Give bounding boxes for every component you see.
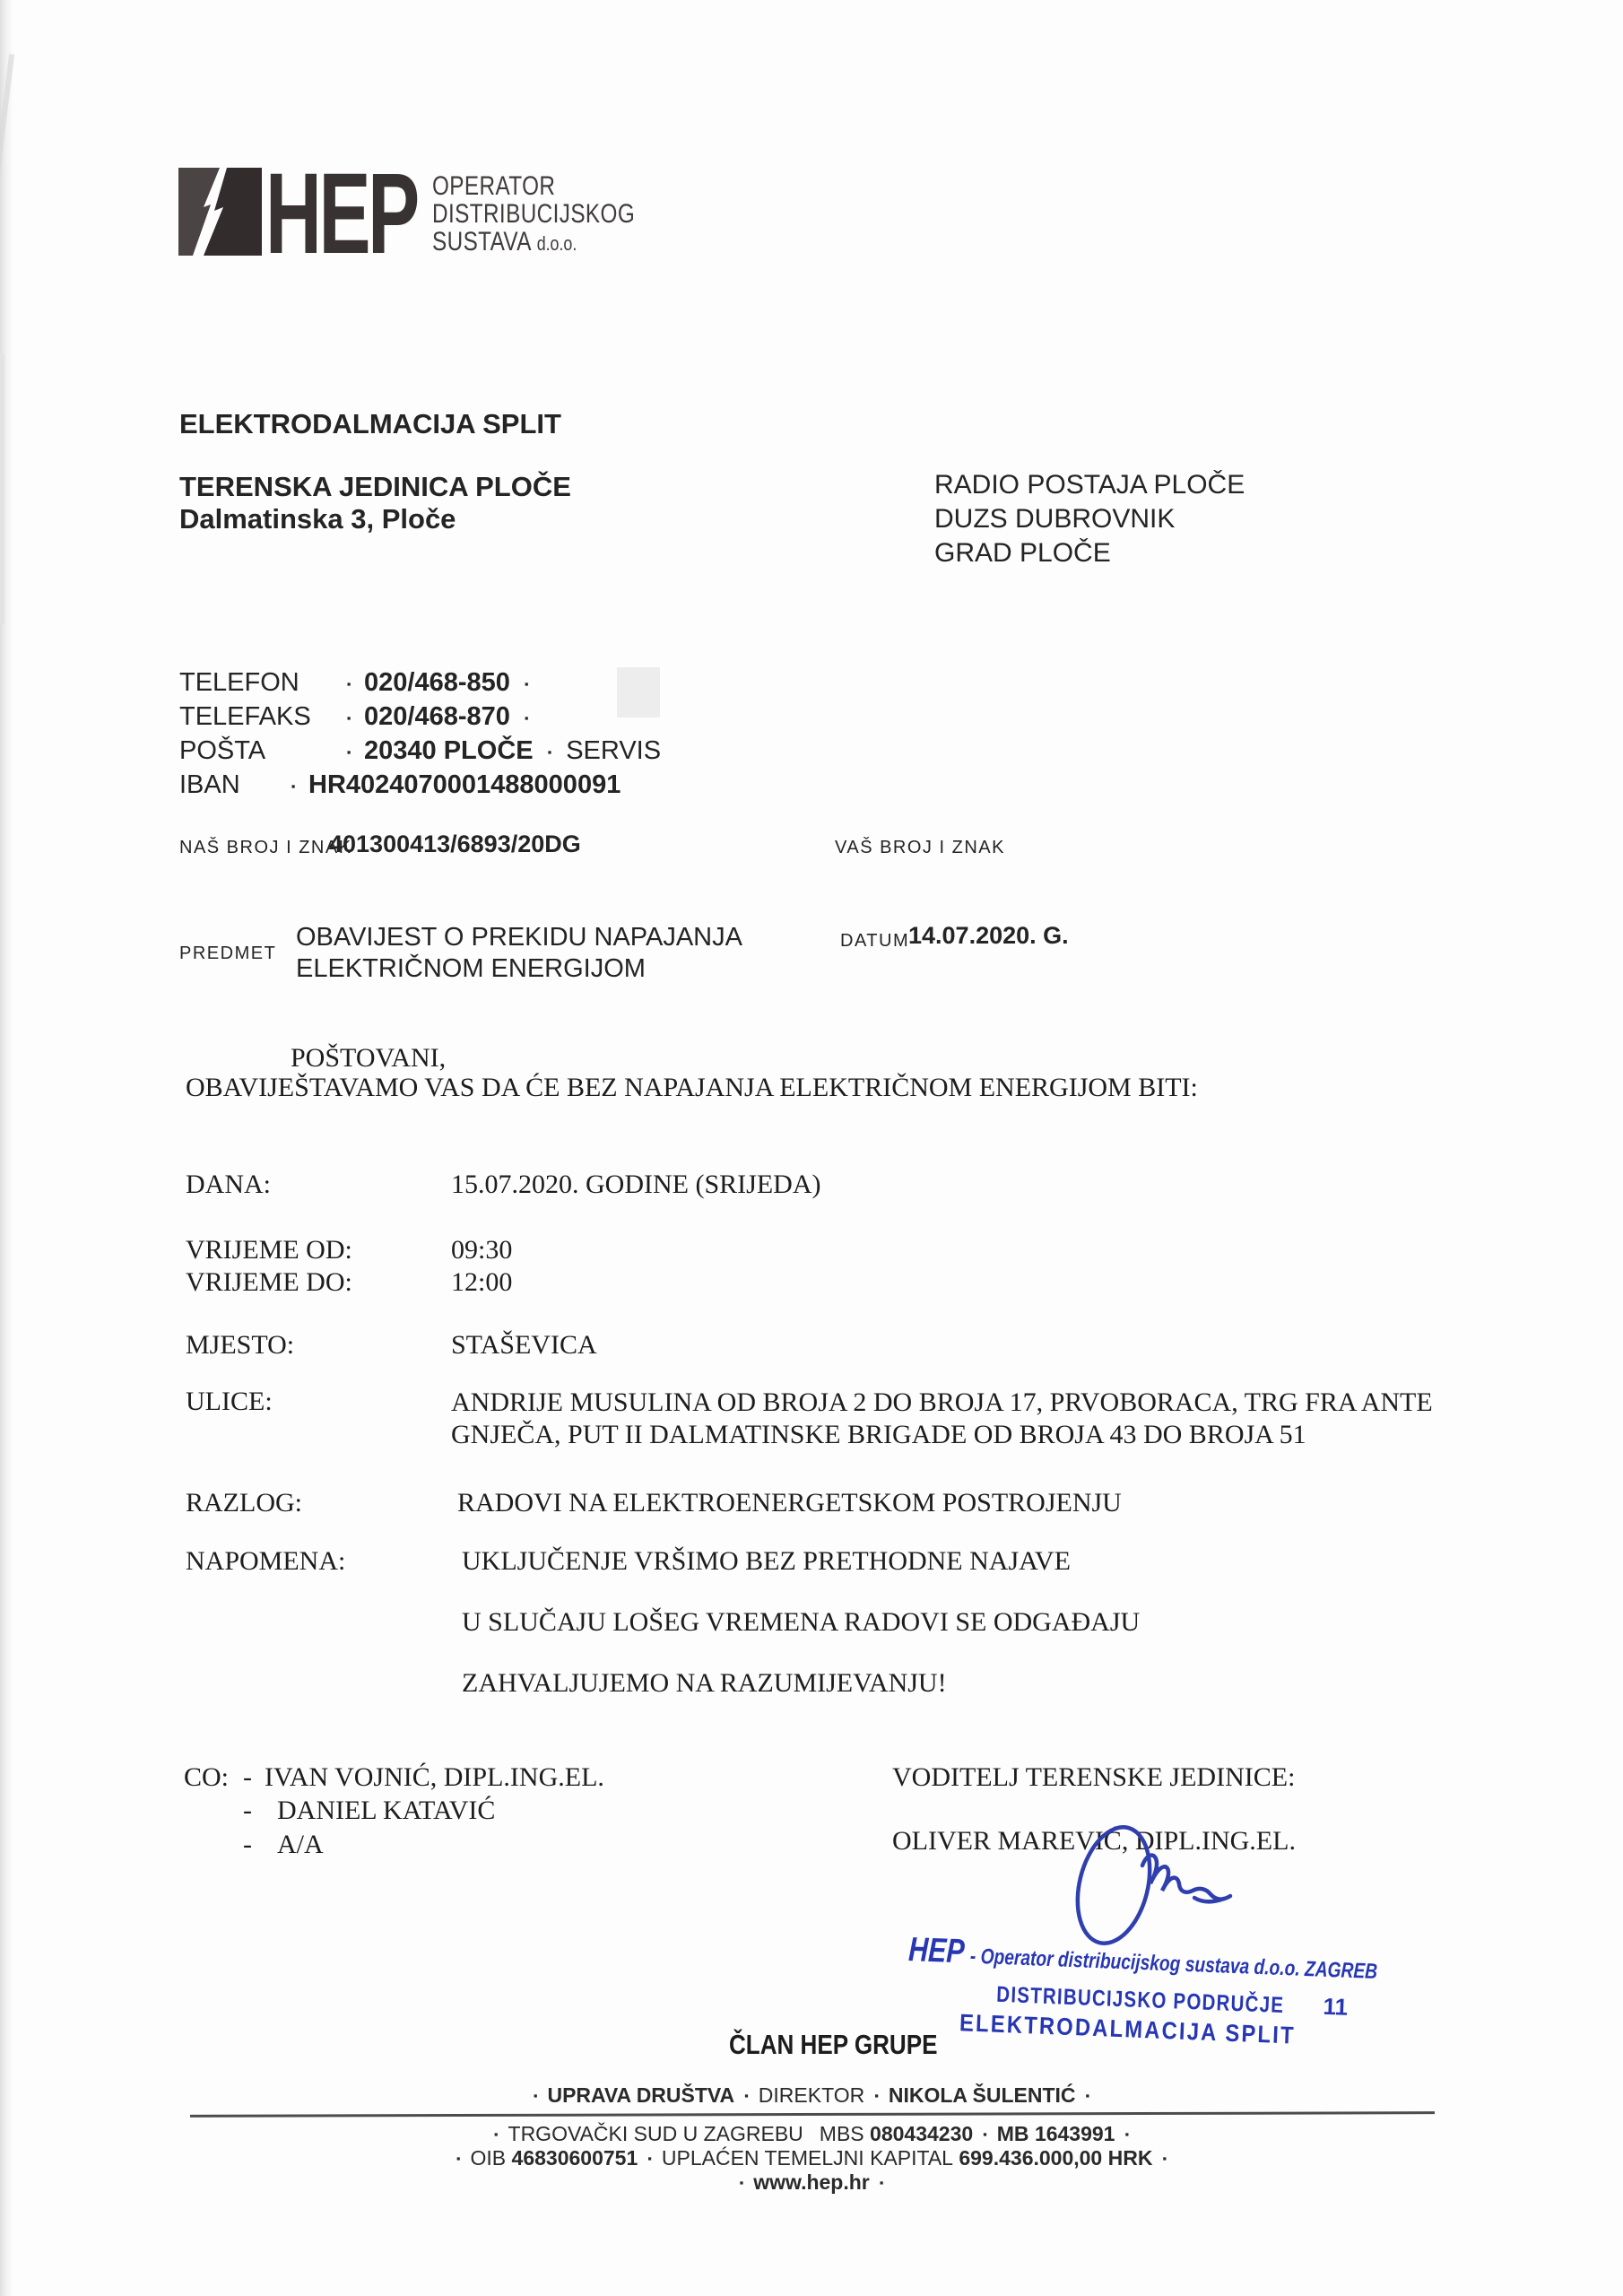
detail-row-date: DANA: 15.07.2020. GODINE (SRIJEDA)	[186, 1170, 271, 1200]
bullet-separator: ▪	[525, 677, 529, 691]
detail-row-streets: ULICE: ANDRIJE MUSULINA OD BROJA 2 DO BR…	[186, 1387, 273, 1417]
subject-label: PREDMET	[179, 944, 276, 964]
scan-smudge	[0, 354, 4, 623]
detail-value: RADOVI NA ELEKTROENERGETSKOM POSTROJENJU	[457, 1488, 1122, 1518]
contact-value: 020/468-850	[364, 668, 510, 697]
logo-tagline-line: SUSTAVA d.o.o.	[432, 228, 635, 257]
contact-label: IBAN	[179, 770, 278, 800]
bullet-separator: ▪	[983, 2127, 987, 2141]
footer-mb-label: MB	[997, 2122, 1029, 2145]
detail-value: UKLJUČENJE VRŠIMO BEZ PRETHODNE NAJAVE	[462, 1546, 1071, 1577]
detail-value: U SLUČAJU LOŠEG VREMENA RADOVI SE ODGAĐA…	[462, 1607, 1140, 1638]
your-reference-label: VAŠ BROJ I ZNAK	[835, 838, 1005, 858]
detail-label: NAPOMENA:	[186, 1546, 345, 1576]
footer-oib-label: OIB	[471, 2146, 507, 2170]
bullet-separator: ▪	[548, 745, 552, 759]
recipient: RADIO POSTAJA PLOČE	[934, 468, 1245, 502]
recipient: DUZS DUBROVNIK	[934, 502, 1245, 536]
logo-tagline-line: DISTRIBUCIJSKOG	[432, 200, 635, 228]
bullet-separator: ▪	[334, 711, 364, 725]
detail-row-place: MJESTO: STAŠEVICA	[186, 1330, 294, 1361]
detail-value: 09:30	[451, 1235, 512, 1265]
cc-name: DANIEL KATAVIĆ	[277, 1796, 495, 1825]
signatory-title: VODITELJ TERENSKE JEDINICE:	[892, 1762, 1295, 1793]
contact-value: 020/468-870	[364, 702, 510, 731]
our-reference-value: 401300413/6893/20DG	[329, 831, 581, 858]
bullet-separator: ▪	[334, 677, 364, 691]
stamp-hep-wordmark: HEP	[907, 1931, 965, 1970]
cc-dash: -	[243, 1796, 252, 1825]
detail-value: 15.07.2020. GODINE (SRIJEDA)	[451, 1170, 820, 1200]
detail-row-note: NAPOMENA: UKLJUČENJE VRŠIMO BEZ PRETHODN…	[186, 1546, 345, 1577]
cc-name: A/A	[277, 1830, 324, 1859]
footer-capital-value: 699.436.000,00 HRK	[959, 2146, 1152, 2170]
handwritten-signature-icon	[1060, 1813, 1248, 1957]
footer-court-line: ▪TRGOVAČKI SUD U ZAGREBUMBS 080434230▪MB…	[0, 2122, 1623, 2146]
detail-value: 12:00	[451, 1267, 512, 1298]
cc-dash: -	[243, 1762, 252, 1792]
bullet-separator: ▪	[744, 2089, 749, 2102]
cc-name: IVAN VOJNIĆ, DIPL.ING.EL.	[265, 1762, 604, 1792]
bullet-separator: ▪	[278, 779, 308, 793]
contact-row-fax: TELEFAKS▪020/468-870▪	[179, 702, 661, 736]
detail-value: ANDRIJE MUSULINA OD BROJA 2 DO BROJA 17,…	[451, 1387, 1433, 1451]
company-stamp: HEP- Operator distribucijskog sustava d.…	[906, 1931, 1411, 2054]
detail-value: STAŠEVICA	[451, 1330, 597, 1361]
footer-oib-number: 46830600751	[512, 2146, 638, 2170]
date-label: DATUM	[840, 931, 909, 952]
bullet-separator: ▪	[1086, 2089, 1090, 2102]
streets-line: GNJEČA, PUT II DALMATINSKE BRIGADE OD BR…	[451, 1419, 1433, 1451]
contact-row-post: POŠTA▪20340 PLOČE▪SERVIS	[179, 736, 661, 770]
bullet-separator: ▪	[740, 2176, 744, 2189]
footer-capital-label: UPLAĆEN TEMELJNI KAPITAL	[662, 2146, 953, 2170]
website-url: www.hep.hr	[753, 2170, 870, 2194]
contact-row-phone: TELEFON▪020/468-850▪	[179, 668, 661, 702]
bullet-separator: ▪	[456, 2152, 461, 2165]
detail-label: MJESTO:	[186, 1330, 294, 1360]
detail-row-time-to: VRIJEME DO: 12:00	[186, 1267, 352, 1298]
streets-line: ANDRIJE MUSULINA OD BROJA 2 DO BROJA 17,…	[451, 1387, 1433, 1419]
footer-website-line: ▪www.hep.hr▪	[0, 2170, 1623, 2195]
recipient: GRAD PLOČE	[934, 536, 1245, 570]
subject-line: ELEKTRIČNOM ENERGIJOM	[296, 953, 742, 985]
contact-block: TELEFON▪020/468-850▪ TELEFAKS▪020/468-87…	[179, 668, 661, 804]
footer-director-label: DIREKTOR	[759, 2083, 864, 2107]
footer-divider	[190, 2111, 1435, 2118]
detail-label: DANA:	[186, 1170, 271, 1199]
salutation: POŠTOVANI,	[291, 1043, 446, 1074]
detail-label: ULICE:	[186, 1387, 273, 1416]
scanned-letter-page: HEP OPERATOR DISTRIBUCIJSKOG SUSTAVA d.o…	[0, 0, 1623, 2296]
contact-extra: SERVIS	[566, 736, 661, 765]
subject-text: OBAVIJEST O PREKIDU NAPAJANJA ELEKTRIČNO…	[296, 922, 742, 985]
hep-logo-wordmark: HEP	[265, 170, 417, 258]
logo-company-suffix: d.o.o.	[537, 232, 577, 255]
bullet-separator: ▪	[880, 2176, 884, 2189]
footer-mbs-label: MBS	[820, 2122, 864, 2145]
stamp-district-number: 11	[1323, 1993, 1349, 2022]
cc-dash: -	[243, 1830, 252, 1859]
cc-line: -DANIEL KATAVIĆ	[243, 1796, 495, 1826]
footer-director-name: NIKOLA ŠULENTIĆ	[889, 2083, 1076, 2107]
contact-label: POŠTA	[179, 736, 334, 766]
contact-value: 20340 PLOČE	[364, 736, 534, 765]
scan-edge-shadow	[0, 0, 13, 2296]
bullet-separator: ▪	[647, 2152, 652, 2165]
hep-group-member-note: ČLAN HEP GRUPE	[729, 2029, 937, 2061]
sender-address: Dalmatinska 3, Ploče	[179, 503, 456, 535]
footer-mb-number: 1643991	[1035, 2122, 1115, 2145]
detail-label: VRIJEME DO:	[186, 1267, 352, 1297]
contact-value: HR4024070001488000091	[308, 770, 621, 799]
intro-sentence: OBAVIJEŠTAVAMO VAS DA ĆE BEZ NAPAJANJA E…	[186, 1073, 1198, 1103]
subject-line: OBAVIJEST O PREKIDU NAPAJANJA	[296, 922, 742, 953]
detail-row-time-from: VRIJEME OD: 09:30	[186, 1235, 352, 1265]
stamp-line-1: HEP- Operator distribucijskog sustava d.…	[907, 1931, 1310, 1985]
date-value: 14.07.2020. G.	[908, 922, 1069, 950]
bullet-separator: ▪	[1124, 2127, 1129, 2141]
footer-mbs-number: 080434230	[870, 2122, 973, 2145]
contact-label: TELEFON	[179, 668, 334, 698]
bullet-separator: ▪	[334, 745, 364, 759]
logo-tagline: OPERATOR DISTRIBUCIJSKOG SUSTAVA d.o.o.	[432, 172, 635, 257]
bullet-separator: ▪	[525, 711, 529, 725]
bullet-separator: ▪	[534, 2089, 538, 2102]
footer-oib-line: ▪OIB 46830600751▪UPLAĆEN TEMELJNI KAPITA…	[0, 2146, 1623, 2170]
detail-label: RAZLOG:	[186, 1488, 302, 1518]
stamp-company-text: - Operator distribucijskog sustava d.o.o…	[969, 1944, 1377, 1984]
footer-board-line: ▪UPRAVA DRUŠTVA▪DIREKTOR▪NIKOLA ŠULENTIĆ…	[0, 2083, 1623, 2108]
cc-line: -A/A	[243, 1830, 324, 1860]
our-reference-label: NAŠ BROJ I ZNAK	[179, 838, 352, 858]
footer-board-label: UPRAVA DRUŠTVA	[547, 2083, 734, 2107]
detail-row-reason: RAZLOG: RADOVI NA ELEKTROENERGETSKOM POS…	[186, 1488, 302, 1518]
detail-label: VRIJEME OD:	[186, 1235, 352, 1265]
sender-unit: TERENSKA JEDINICA PLOČE	[179, 471, 571, 503]
cc-line: CO:-IVAN VOJNIĆ, DIPL.ING.EL.	[184, 1762, 604, 1793]
bullet-separator: ▪	[874, 2089, 879, 2102]
contact-row-iban: IBAN▪HR4024070001488000091	[179, 770, 661, 804]
bullet-separator: ▪	[1162, 2152, 1167, 2165]
sender-organization: ELEKTRODALMACIJA SPLIT	[179, 408, 561, 440]
hep-lightning-logo-icon	[178, 168, 262, 256]
logo-tagline-line: OPERATOR	[432, 172, 635, 200]
contact-label: TELEFAKS	[179, 702, 334, 732]
recipient-list: RADIO POSTAJA PLOČE DUZS DUBROVNIK GRAD …	[934, 468, 1245, 570]
bullet-separator: ▪	[494, 2127, 499, 2141]
cc-label: CO:	[184, 1762, 229, 1792]
detail-value: ZAHVALJUJEMO NA RAZUMIJEVANJU!	[462, 1668, 947, 1699]
footer-court-text: TRGOVAČKI SUD U ZAGREBU	[508, 2122, 803, 2145]
